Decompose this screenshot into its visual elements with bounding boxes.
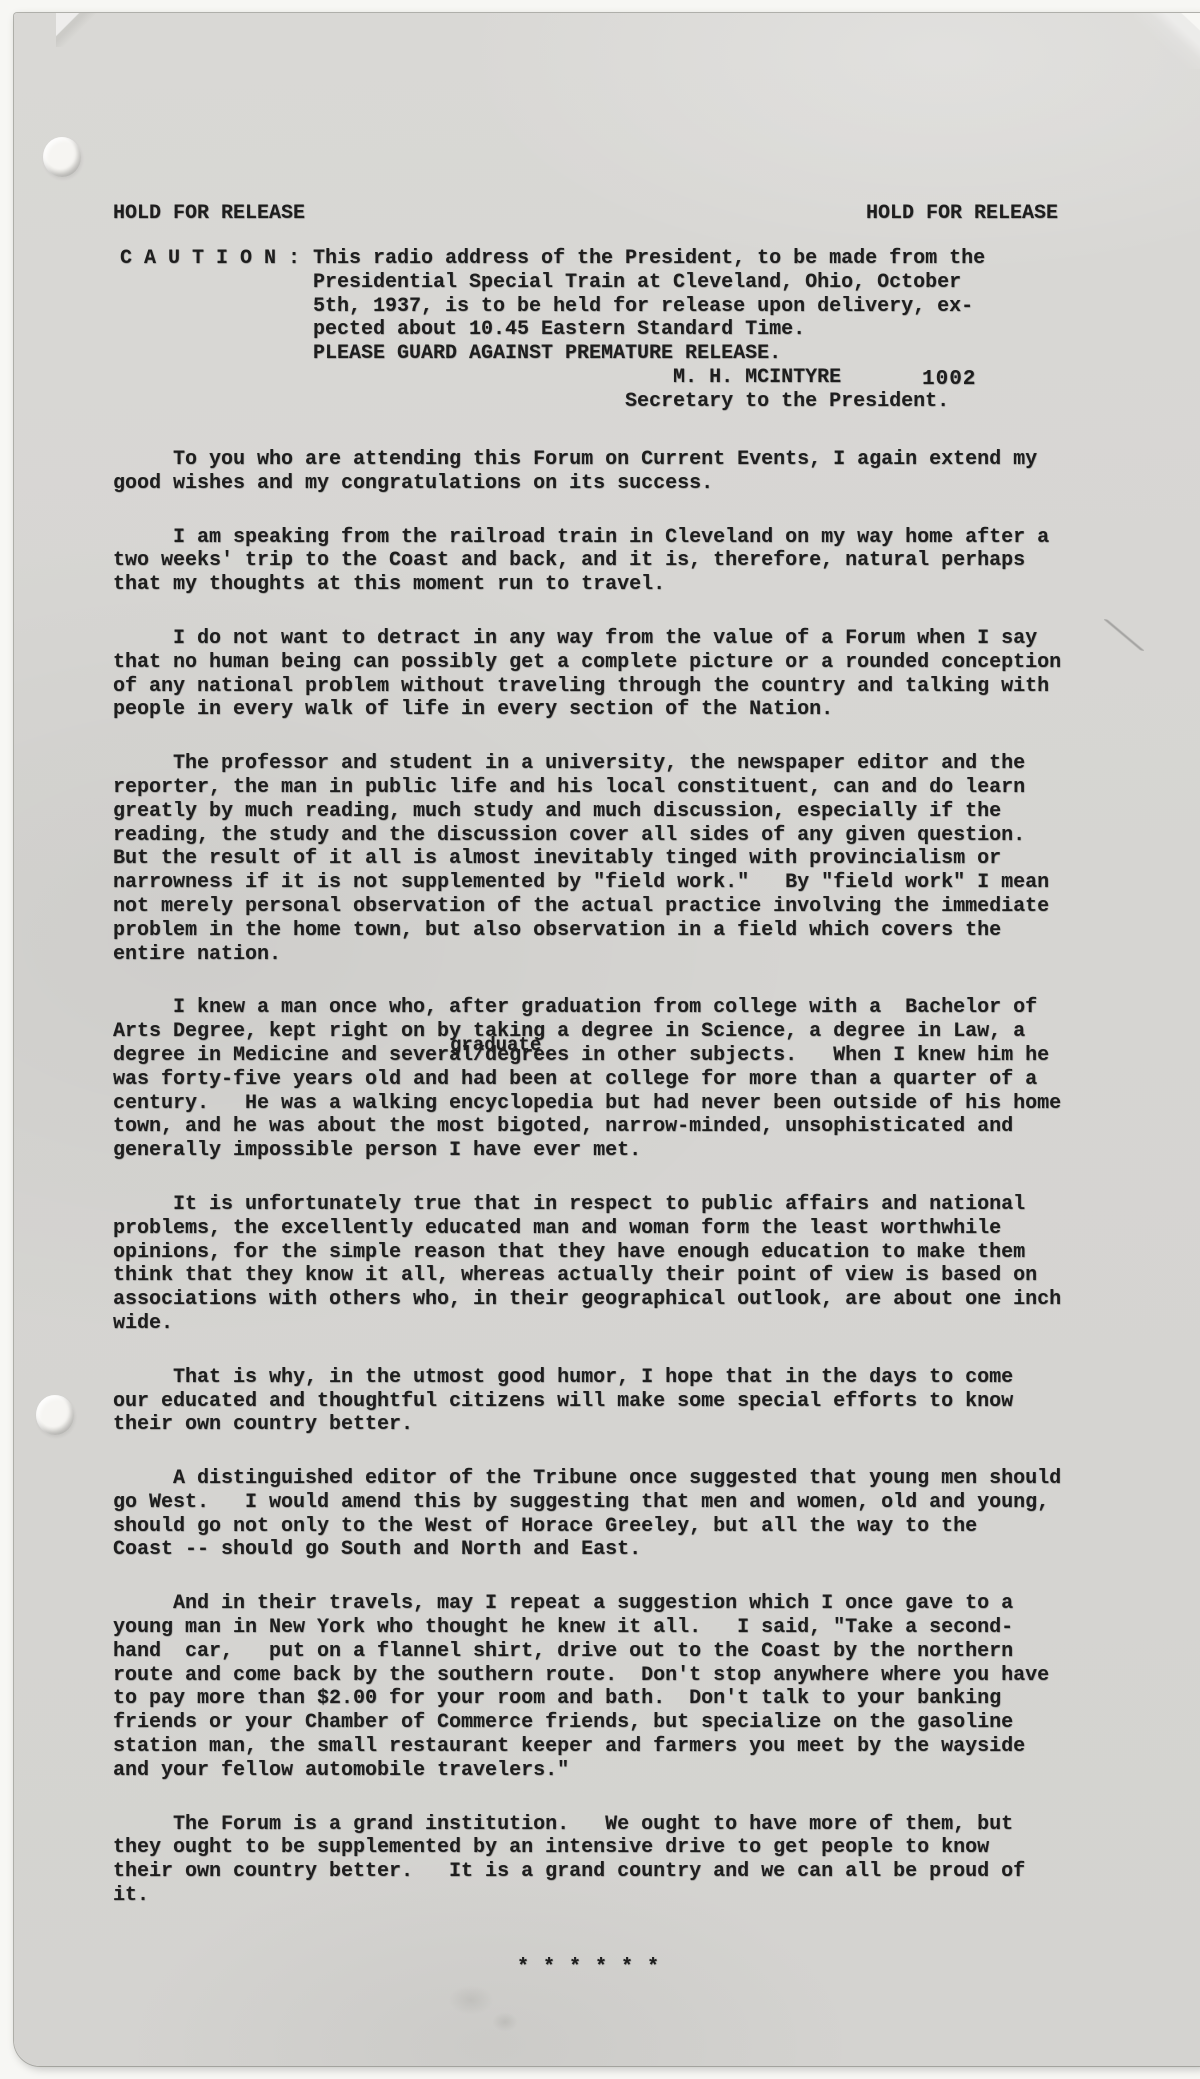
text-line: greatly by much reading, much study and … [113, 800, 1061, 824]
text-line: think that they know it all, whereas act… [113, 1264, 1061, 1288]
text-line: friends or your Chamber of Commerce frie… [113, 1711, 1061, 1735]
text-line: should go not only to the West of Horace… [113, 1515, 1061, 1539]
text-line: good wishes and my congratulations on it… [113, 472, 1061, 496]
paragraph: And in their travels, may I repeat a sug… [113, 1592, 1061, 1782]
paragraph: It is unfortunately true that in respect… [113, 1193, 1061, 1336]
text-line: hand car, put on a flannel shirt, drive … [113, 1640, 1061, 1664]
paragraph: The professor and student in a universit… [113, 752, 1061, 966]
text-line: young man in New York who thought he kne… [113, 1616, 1061, 1640]
text-line: it. [113, 1884, 1061, 1908]
typewritten-content: HOLD FOR RELEASE HOLD FOR RELEASE C A U … [0, 0, 1200, 2079]
text-line: opinions, for the simple reason that the… [113, 1241, 1061, 1265]
text-line: But the result of it all is almost inevi… [113, 847, 1061, 871]
text-line: station man, the small restaurant keeper… [113, 1735, 1061, 1759]
caution-line: Presidential Special Train at Cleveland,… [313, 271, 985, 295]
text-line: That is why, in the utmost good humor, I… [113, 1366, 1061, 1390]
text-line: Coast -- should go South and North and E… [113, 1538, 1061, 1562]
text-line: was forty-five years old and had been at… [113, 1068, 1061, 1092]
text-line: route and come back by the southern rout… [113, 1664, 1061, 1688]
text-line: And in their travels, may I repeat a sug… [113, 1592, 1061, 1616]
text-line: two weeks' trip to the Coast and back, a… [113, 549, 1061, 573]
hold-for-release-left: HOLD FOR RELEASE [113, 202, 305, 226]
text-line: associations with others who, in their g… [113, 1288, 1061, 1312]
paragraph: That is why, in the utmost good humor, I… [113, 1366, 1061, 1437]
text-line: I am speaking from the railroad train in… [113, 526, 1061, 550]
text-line: that my thoughts at this moment run to t… [113, 573, 1061, 597]
caution-line: 5th, 1937, is to be held for release upo… [313, 295, 985, 319]
text-line: our educated and thoughtful citizens wil… [113, 1390, 1061, 1414]
caution-line: This radio address of the President, to … [313, 247, 985, 271]
text-line: they ought to be supplemented by an inte… [113, 1836, 1061, 1860]
text-line: of any national problem without travelin… [113, 675, 1061, 699]
text-line: problems, the excellently educated man a… [113, 1217, 1061, 1241]
text-line: To you who are attending this Forum on C… [113, 448, 1061, 472]
text-line: degree in Medicine and several/degrees i… [113, 1044, 1061, 1068]
text-line: their own country better. It is a grand … [113, 1860, 1061, 1884]
text-line: reporter, the man in public life and his… [113, 776, 1061, 800]
typed-insertion-graduate: graduate [450, 1034, 541, 1058]
text-line: reading, the study and the discussion co… [113, 824, 1061, 848]
text-line: Arts Degree, kept right on by taking a d… [113, 1020, 1061, 1044]
text-line: to pay more than $2.00 for your room and… [113, 1687, 1061, 1711]
paragraph: The Forum is a grand institution. We oug… [113, 1813, 1061, 1908]
caution-line: Secretary to the President. [313, 390, 985, 414]
caution-text-block: This radio address of the President, to … [313, 247, 985, 414]
text-line: A distinguished editor of the Tribune on… [113, 1467, 1061, 1491]
text-line: not merely personal observation of the a… [113, 895, 1061, 919]
text-line: narrowness if it is not supplemented by … [113, 871, 1061, 895]
text-line: The professor and student in a universit… [113, 752, 1061, 776]
text-line: wide. [113, 1312, 1061, 1336]
text-line: century. He was a walking encyclopedia b… [113, 1092, 1061, 1116]
text-line: go West. I would amend this by suggestin… [113, 1491, 1061, 1515]
speech-body: To you who are attending this Forum on C… [113, 448, 1061, 1938]
text-line: town, and he was about the most bigoted,… [113, 1115, 1061, 1139]
paragraph: I am speaking from the railroad train in… [113, 526, 1061, 597]
caution-label: C A U T I O N : [120, 247, 300, 271]
text-line: problem in the home town, but also obser… [113, 919, 1061, 943]
caution-line: pected about 10.45 Eastern Standard Time… [313, 318, 985, 342]
paragraph: To you who are attending this Forum on C… [113, 448, 1061, 496]
text-line: that no human being can possibly get a c… [113, 651, 1061, 675]
paragraph: A distinguished editor of the Tribune on… [113, 1467, 1061, 1562]
text-line: people in every walk of life in every se… [113, 698, 1061, 722]
text-line: The Forum is a grand institution. We oug… [113, 1813, 1061, 1837]
caution-line: PLEASE GUARD AGAINST PREMATURE RELEASE. [313, 342, 985, 366]
scanned-page-background: HOLD FOR RELEASE HOLD FOR RELEASE C A U … [0, 0, 1200, 2079]
text-line: entire nation. [113, 943, 1061, 967]
paragraph: I do not want to detract in any way from… [113, 627, 1061, 722]
text-line: It is unfortunately true that in respect… [113, 1193, 1061, 1217]
text-line: I do not want to detract in any way from… [113, 627, 1061, 651]
paragraph: I knew a man once who, after graduation … [113, 996, 1061, 1163]
text-line: their own country better. [113, 1413, 1061, 1437]
text-line: generally impossible person I have ever … [113, 1139, 1061, 1163]
hold-for-release-right: HOLD FOR RELEASE [866, 202, 1058, 226]
caution-line: M. H. MCINTYRE [313, 366, 985, 390]
text-line: I knew a man once who, after graduation … [113, 996, 1061, 1020]
end-asterisks: * * * * * * [517, 1956, 660, 1980]
text-line: and your fellow automobile travelers." [113, 1759, 1061, 1783]
page-number-stamp: 1002 [922, 368, 976, 392]
